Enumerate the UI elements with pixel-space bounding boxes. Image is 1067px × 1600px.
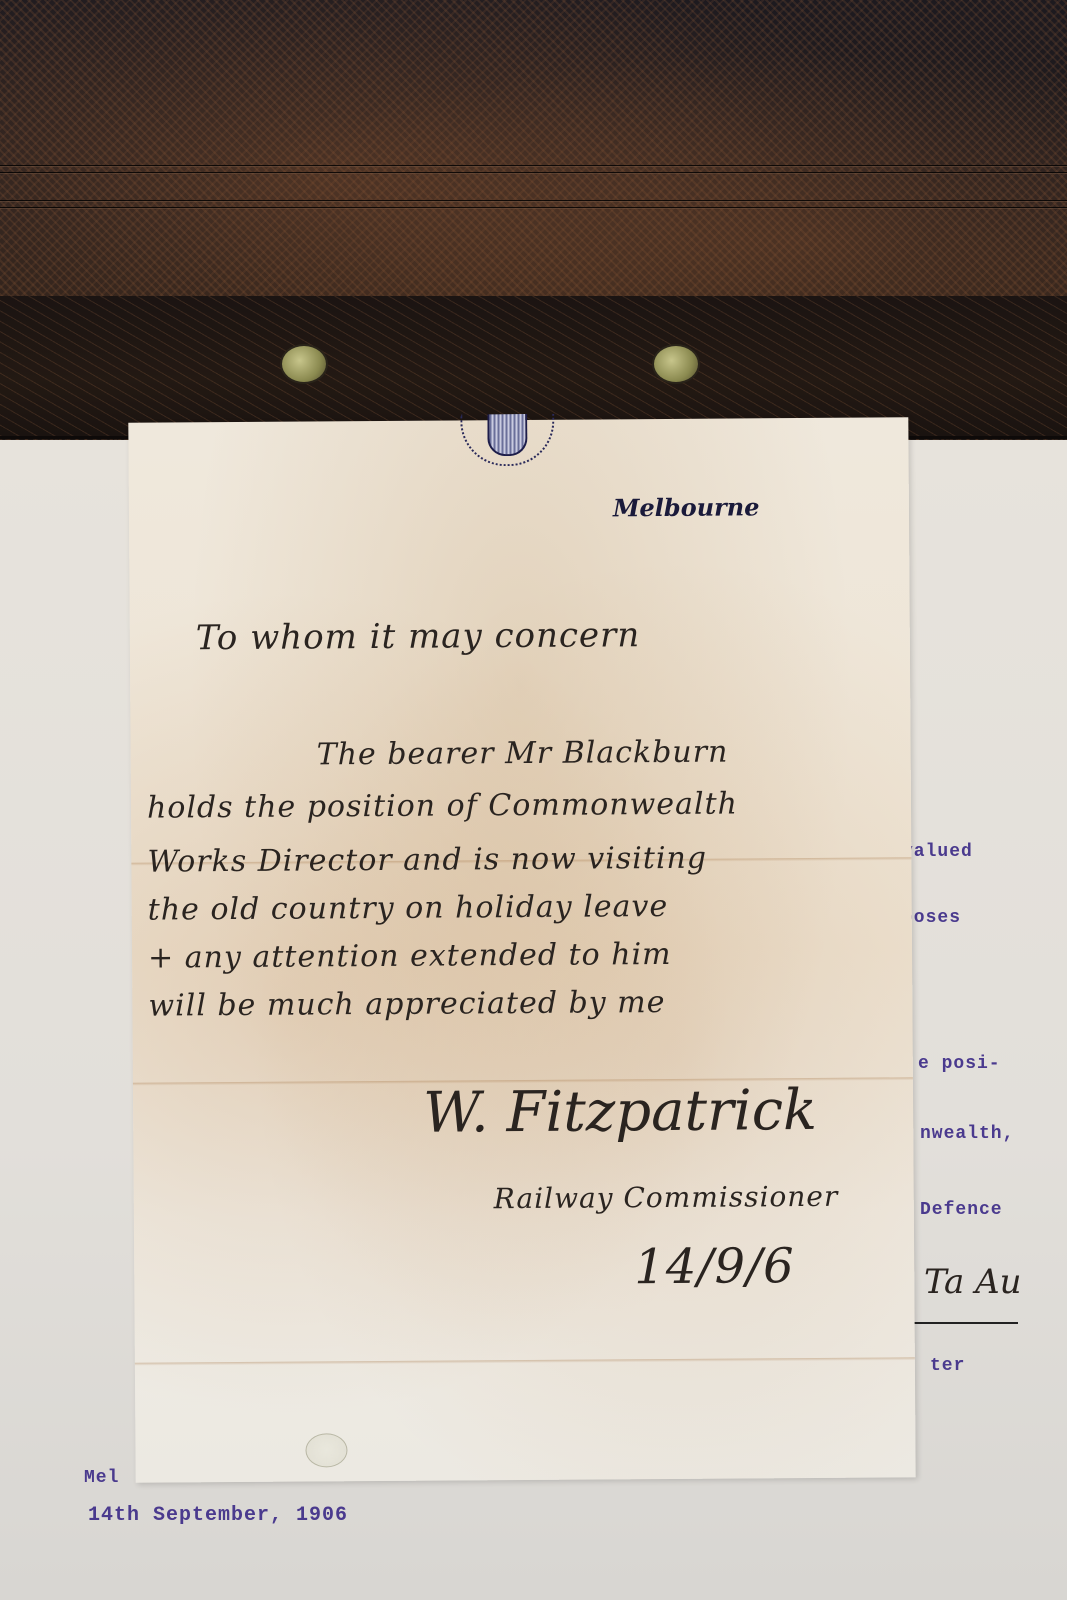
leather-crease [0,200,1067,201]
crest-icon [460,414,554,467]
typed-fragment: ter [930,1356,965,1376]
leather-crease [0,172,1067,173]
letter-line: Works Director and is now visiting [147,841,707,880]
rivet-icon [654,346,698,382]
leather-crease [0,207,1067,208]
pin-hole [305,1433,347,1467]
typed-fragment: e posi- [918,1054,1001,1074]
signature-underline [908,1322,1018,1324]
letter-line: The bearer Mr Blackburn [317,735,729,773]
typed-fragment: nwealth, [920,1124,1014,1144]
typed-fragment: valued [902,842,973,862]
typed-letter-signature: Ta Au [924,1262,1022,1302]
handwritten-letter: Melbourne To whom it may concern The bea… [128,417,915,1482]
letter-line: + any attention extended to him [148,937,672,976]
rivet-icon [282,346,326,382]
letter-line: will be much appreciated by me [148,985,665,1024]
paper-fold [135,1357,915,1365]
letterhead-place: Melbourne [613,492,760,522]
typed-fragment: Mel [84,1468,119,1488]
salutation: To whom it may concern [196,615,641,658]
leather-crease [0,165,1067,166]
letter-line: holds the position of Commonwealth [147,786,738,825]
letter-date: 14/9/6 [634,1238,795,1295]
letter-line: the old country on holiday leave [148,889,669,928]
leather-folder [0,0,1067,440]
signatory-title: Railway Commissioner [494,1180,839,1215]
signature: W. Fitzpatrick [423,1078,817,1146]
typed-fragment: Defence [920,1200,1003,1220]
typed-date: 14th September, 1906 [88,1504,348,1527]
